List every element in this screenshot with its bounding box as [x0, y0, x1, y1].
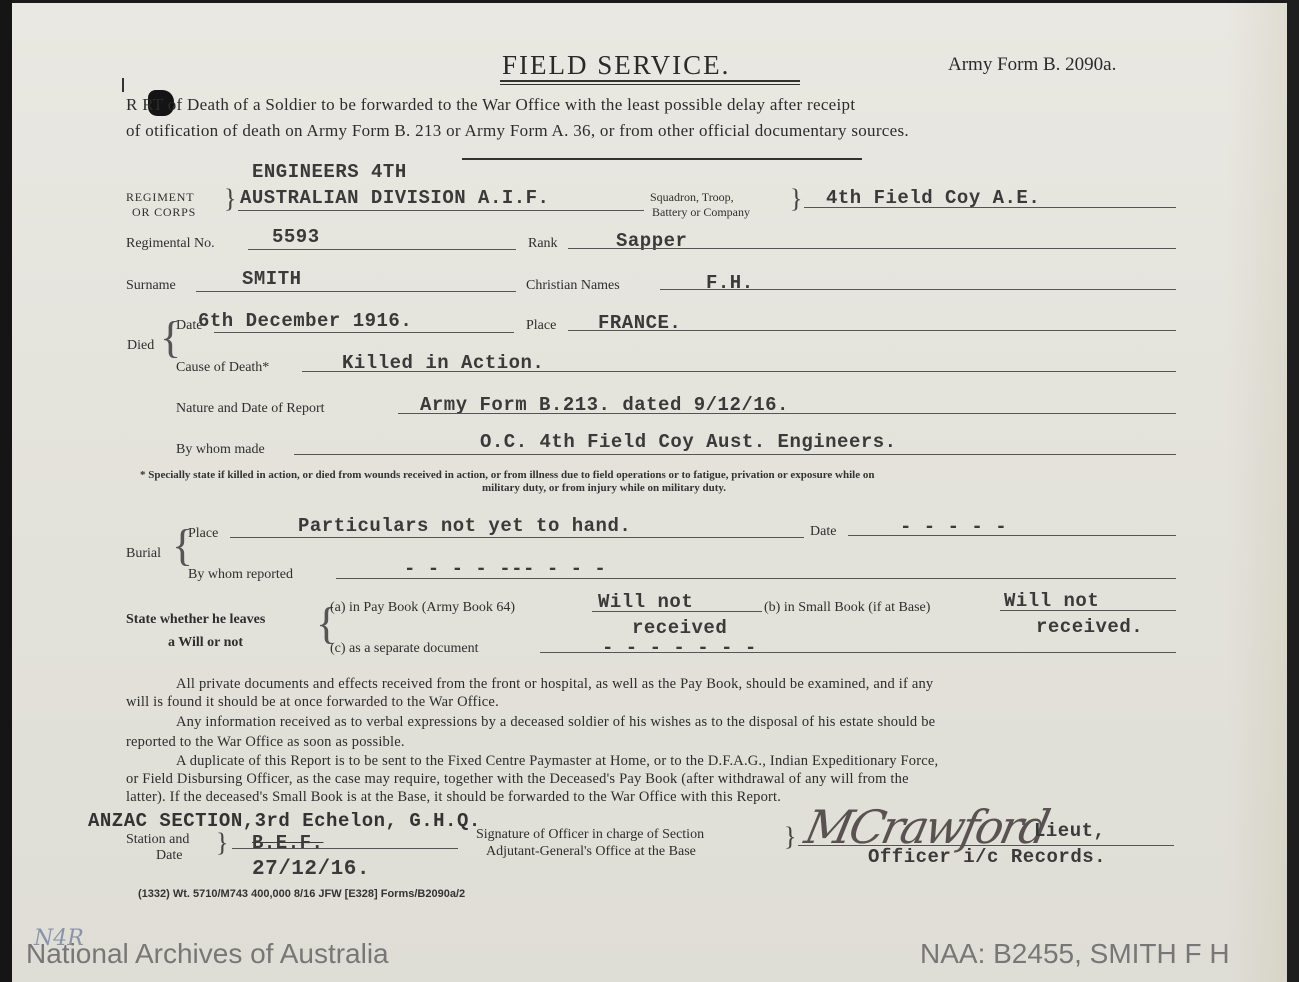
instruction-2-line-2: reported to the War Office as soon as po… — [126, 734, 405, 751]
archive-watermark: National Archives of Australia — [26, 938, 389, 970]
rank-rule — [568, 248, 1176, 249]
intro-line-2: of otification of death on Army Form B. … — [126, 121, 909, 141]
burial-place-value: Particulars not yet to hand. — [298, 515, 631, 537]
nature-label: Nature and Date of Report — [176, 401, 325, 417]
regiment-value-line-2: AUSTRALIAN DIVISION A.I.F. — [240, 187, 549, 209]
instruction-3-line-2: or Field Disbursing Officer, as the case… — [126, 771, 909, 788]
will-a-label: (a) in Pay Book (Army Book 64) — [330, 600, 515, 616]
footnote-line-2: military duty, or from injury while on m… — [482, 482, 726, 494]
will-a-value-1: Will not — [598, 591, 693, 613]
will-c-rule — [540, 652, 1176, 653]
burial-label: Burial — [126, 546, 161, 562]
will-b-rule — [1000, 610, 1176, 611]
section-stamp: ANZAC SECTION,3rd Echelon, G.H.Q. — [88, 810, 481, 832]
footnote-line-1: * Specially state if killed in action, o… — [140, 469, 874, 481]
will-label-1: State whether he leaves — [126, 612, 265, 628]
station-label-1: Station and — [126, 832, 189, 848]
station-rule — [232, 848, 458, 849]
burial-date-label: Date — [810, 524, 836, 540]
burial-reported-label: By whom reported — [188, 567, 293, 583]
signature-brace: } — [784, 822, 796, 852]
by-whom-label: By whom made — [176, 442, 265, 458]
christian-names-rule — [660, 289, 1176, 290]
will-a-value-2: received — [632, 617, 727, 639]
will-b-value-2: received. — [1036, 616, 1143, 638]
regimental-no-label: Regimental No. — [126, 236, 215, 252]
regiment-brace: } — [224, 184, 236, 214]
will-a-rule — [592, 611, 762, 612]
will-b-value-1: Will not — [1004, 590, 1099, 612]
burial-place-rule — [230, 537, 804, 538]
christian-names-label: Christian Names — [526, 278, 620, 294]
station-value: B.E.F. — [252, 832, 323, 854]
cause-label: Cause of Death* — [176, 360, 269, 376]
squadron-rule — [804, 207, 1176, 208]
instruction-3-line-1: A duplicate of this Report is to be sent… — [176, 753, 938, 770]
regiment-label-1: REGIMENT — [126, 190, 194, 205]
signature-label-2: Adjutant-General's Office at the Base — [486, 844, 696, 860]
document-heading: FIELD SERVICE. — [502, 50, 730, 81]
officer-title: Officer i/c Records. — [868, 846, 1106, 868]
squadron-label-2: Battery or Company — [652, 205, 750, 220]
squadron-label-1: Squadron, Troop, — [650, 190, 734, 205]
died-place-label: Place — [526, 318, 556, 334]
instruction-2-line-1: Any information received as to verbal ex… — [176, 714, 935, 731]
instruction-1-line-2: will is found it should be at once forwa… — [126, 694, 499, 711]
regiment-label-2: OR CORPS — [132, 205, 196, 220]
will-b-label: (b) in Small Book (if at Base) — [764, 600, 930, 616]
item-reference: NAA: B2455, SMITH F H — [920, 938, 1230, 970]
will-c-value: - - - - - - - — [602, 637, 757, 659]
signature-label-1: Signature of Officer in charge of Sectio… — [476, 827, 704, 843]
report-date-value: 27/12/16. — [252, 858, 370, 881]
regiment-rule — [238, 210, 644, 211]
by-whom-rule — [294, 454, 1176, 455]
scan-border-right — [1285, 0, 1299, 982]
christian-names-value: F.H. — [706, 272, 754, 294]
form-number: Army Form B. 2090a. — [948, 54, 1116, 76]
regiment-top-rule — [462, 158, 862, 160]
surname-value: SMITH — [242, 268, 302, 290]
tear-mark — [122, 78, 124, 92]
died-date-rule — [214, 332, 514, 333]
rank-label: Rank — [528, 236, 558, 252]
station-label-2: Date — [156, 848, 182, 864]
burial-reported-rule — [336, 578, 1176, 579]
regiment-value-line-1: ENGINEERS 4TH — [252, 161, 407, 183]
officer-rank: Lieut, — [1034, 820, 1105, 842]
burial-place-label: Place — [188, 526, 218, 542]
will-label-2: a Will or not — [168, 635, 243, 651]
burial-reported-value: - - - - --- - - - — [404, 558, 606, 580]
died-date-value: 6th December 1916. — [198, 310, 412, 332]
squadron-brace: } — [790, 184, 802, 214]
instruction-1-line-1: All private documents and effects receiv… — [176, 676, 933, 693]
surname-label: Surname — [126, 278, 176, 294]
burial-date-rule — [848, 535, 1176, 536]
nature-rule — [398, 413, 1176, 414]
regimental-no-value: 5593 — [272, 226, 320, 248]
scan-border-left — [0, 0, 12, 982]
printer-line: (1332) Wt. 5710/M743 400,000 8/16 JFW [E… — [138, 888, 465, 900]
heading-underline — [500, 80, 800, 82]
cause-rule — [302, 371, 1176, 372]
heading-underline-thin — [500, 84, 800, 85]
squadron-value: 4th Field Coy A.E. — [826, 187, 1040, 209]
surname-rule — [196, 291, 516, 292]
by-whom-value: O.C. 4th Field Coy Aust. Engineers. — [480, 431, 897, 453]
will-c-label: (c) as a separate document — [330, 641, 478, 657]
died-place-rule — [568, 330, 1176, 331]
intro-line-1: R RT of Death of a Soldier to be forward… — [126, 95, 855, 115]
died-label: Died — [127, 338, 154, 354]
regimental-no-rule — [248, 249, 516, 250]
station-brace: } — [216, 828, 228, 858]
instruction-3-line-3: latter). If the deceased's Small Book is… — [126, 789, 781, 806]
